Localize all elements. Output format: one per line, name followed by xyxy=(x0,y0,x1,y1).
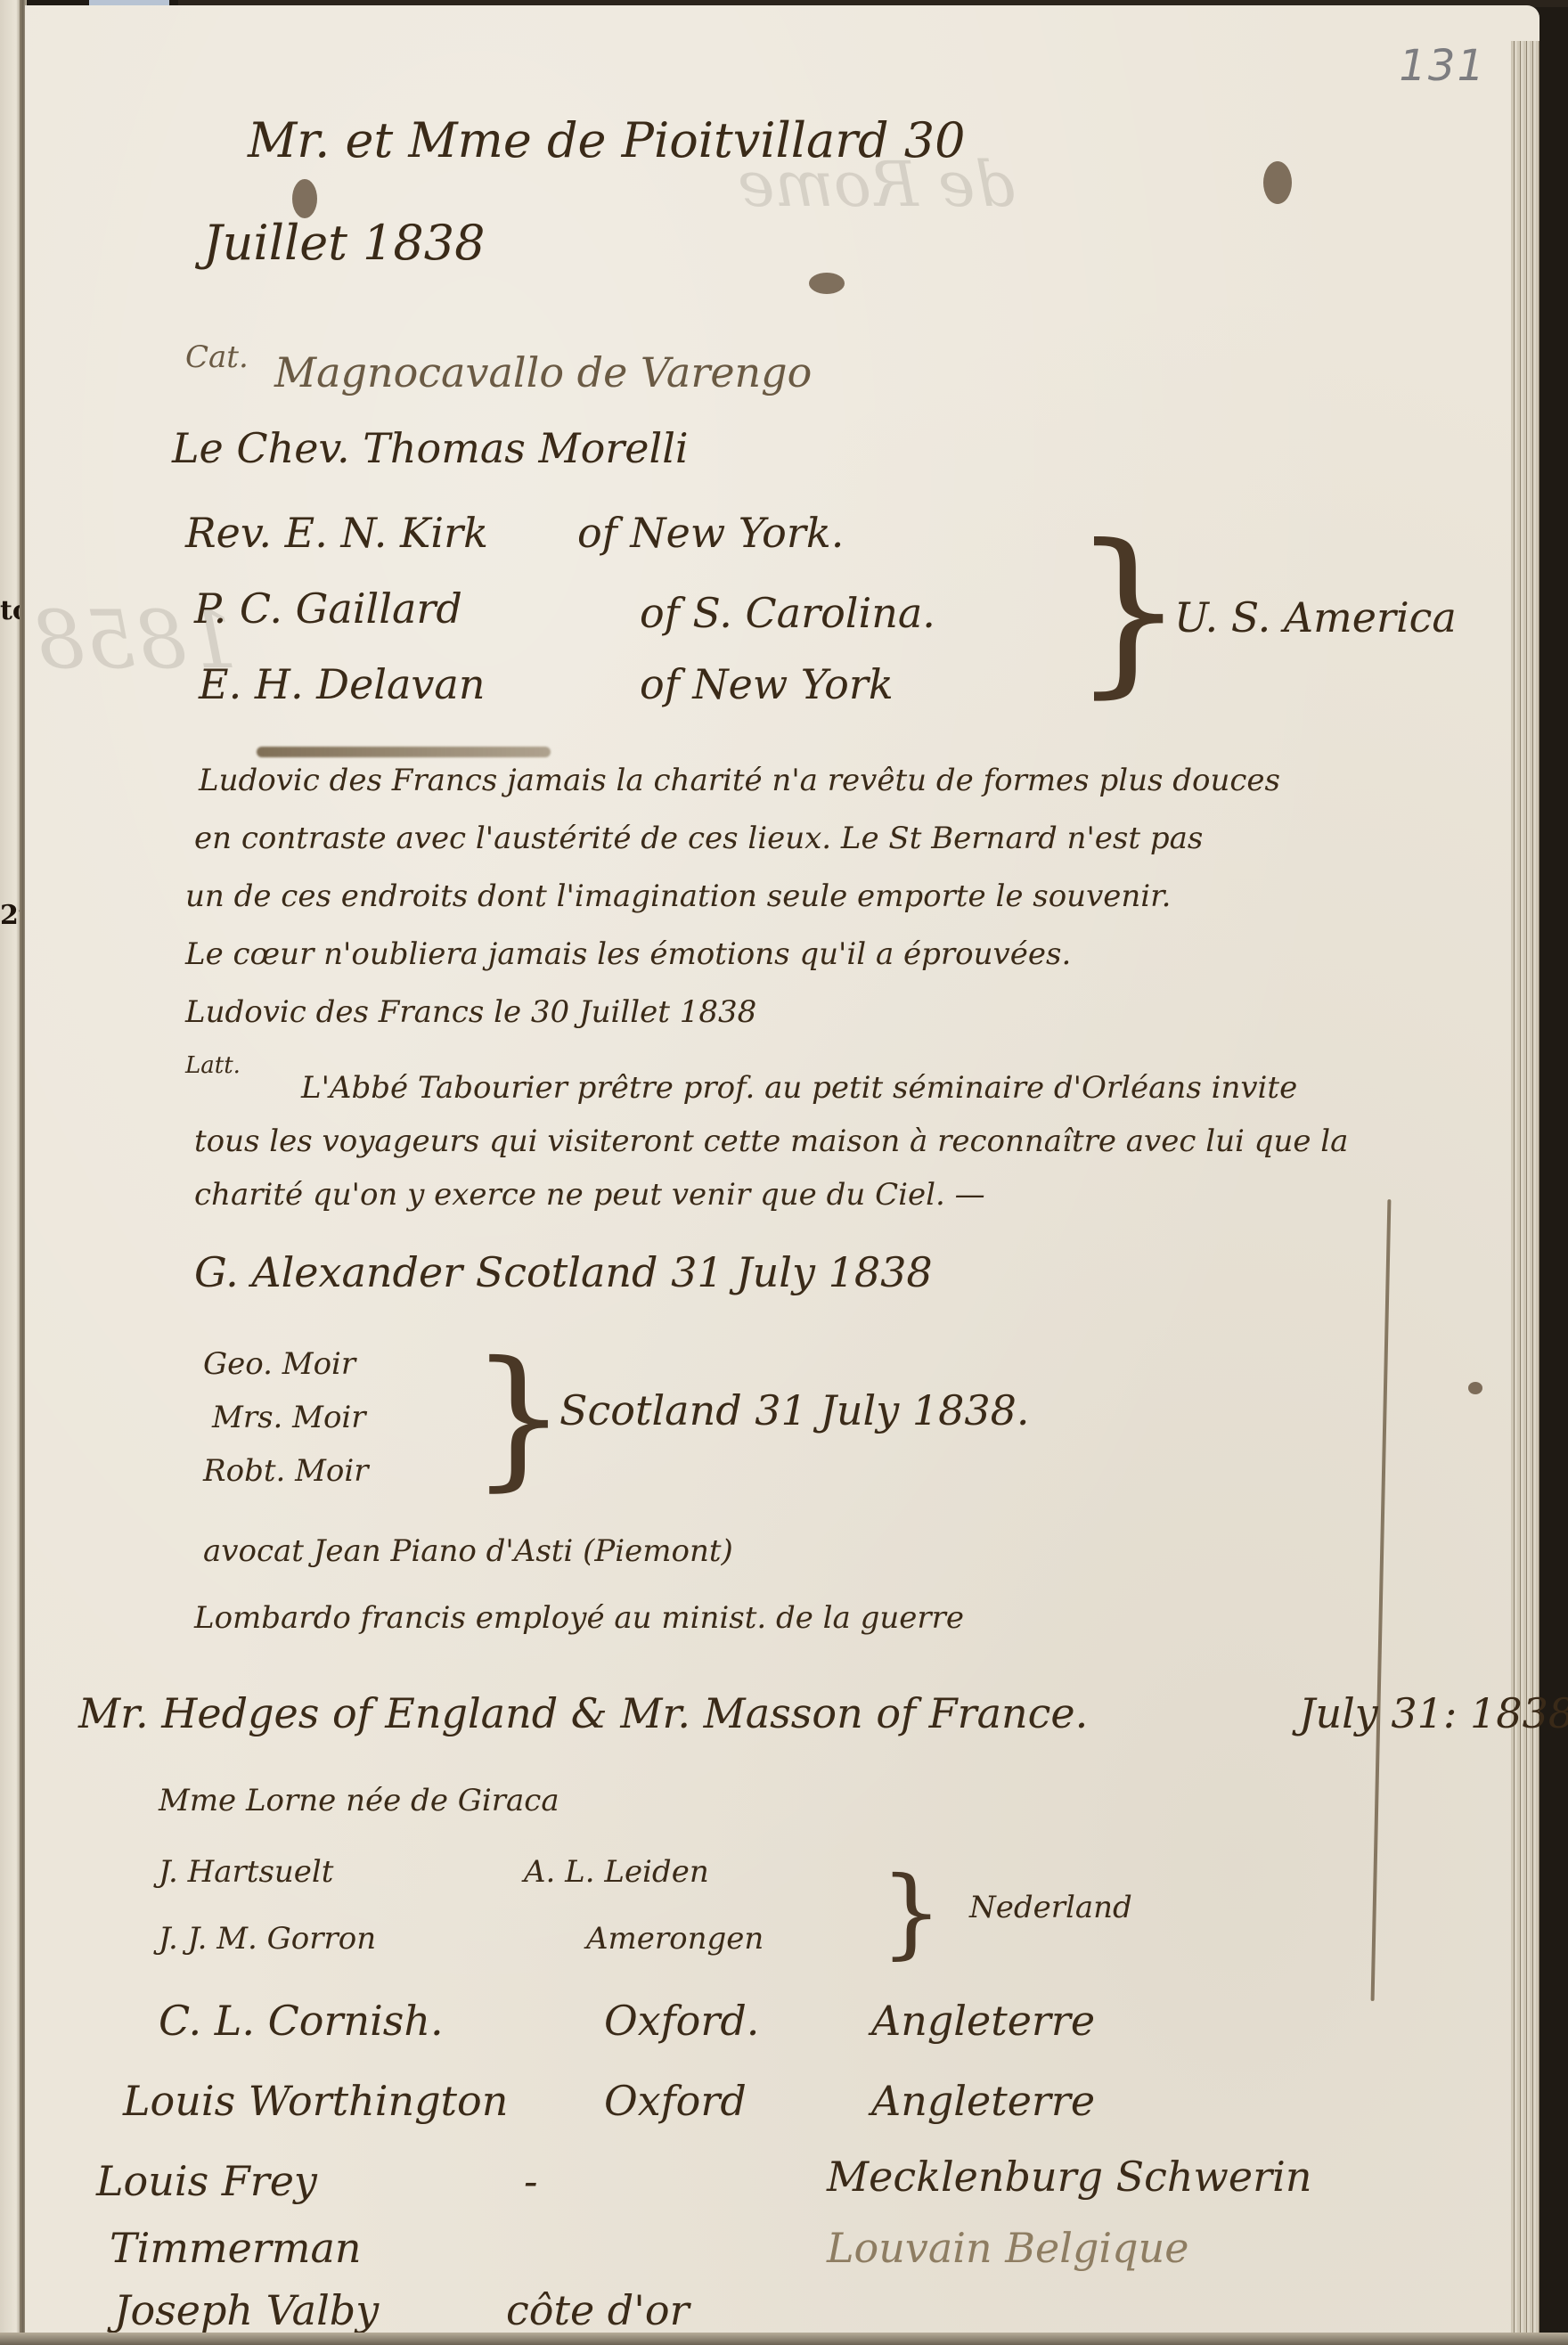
entry-line: Mme Lorne née de Giraca xyxy=(159,1783,559,1818)
entry-name: Rev. E. N. Kirk xyxy=(185,509,488,557)
paragraph-signature: Ludovic des Francs le 30 Juillet 1838 xyxy=(185,994,756,1030)
paragraph-line: en contraste avec l'austérité de ces lie… xyxy=(194,821,1203,856)
entry-name: E. H. Delavan xyxy=(199,660,485,708)
ink-blot xyxy=(809,273,845,294)
entry-name: J. Hartsuelt xyxy=(159,1854,333,1890)
heading-line-2: Juillet 1838 xyxy=(203,215,486,271)
ink-dot xyxy=(1468,1382,1482,1394)
entry-place: Amerongen xyxy=(586,1921,764,1957)
ink-blot xyxy=(1263,161,1292,204)
ink-smear xyxy=(257,747,551,757)
ink-blot xyxy=(292,179,317,218)
group-label: U. S. America xyxy=(1174,593,1457,641)
paragraph-line: un de ces endroits dont l'imagination se… xyxy=(185,878,1172,914)
book-bottom-edge xyxy=(0,2333,1568,2345)
entry-place: Louvain Belgique xyxy=(827,2224,1188,2272)
entry-name: Joseph Valby xyxy=(114,2286,379,2334)
folio-number: 131 xyxy=(1399,41,1486,91)
entry-place: Oxford. xyxy=(604,1997,759,2045)
entry-place: Oxford xyxy=(604,2077,747,2125)
grouping-brace: } xyxy=(880,1863,943,1961)
page-stack-edges xyxy=(1511,41,1539,2345)
entry-prefix: Cat. xyxy=(185,339,249,375)
entry-name: C. L. Cornish. xyxy=(159,1997,444,2045)
entry-place-date: Scotland 31 July 1838. xyxy=(559,1386,1030,1434)
entry-country: Angleterre xyxy=(871,2077,1095,2125)
entry-name: Le Chev. Thomas Morelli xyxy=(172,424,689,472)
margin-tag: Latt. xyxy=(185,1052,241,1079)
entry-origin: of S. Carolina. xyxy=(640,589,935,637)
paragraph-line: Ludovic des Francs jamais la charité n'a… xyxy=(199,763,1280,798)
entry-name: Mrs. Moir xyxy=(212,1400,366,1435)
entry-line: avocat Jean Piano d'Asti (Piemont) xyxy=(203,1533,733,1569)
heading-line-1: Mr. et Mme de Pioitvillard 30 xyxy=(248,112,966,168)
entry-origin: of New York. xyxy=(577,509,844,557)
entry-name: Robt. Moir xyxy=(203,1453,369,1489)
entry-country: Angleterre xyxy=(871,1997,1095,2045)
entry-name: Louis Worthington xyxy=(123,2077,508,2125)
entry-name: P. C. Gaillard xyxy=(194,584,462,633)
entry-name: Timmerman xyxy=(110,2224,362,2272)
paragraph-line: tous les voyageurs qui visiteront cette … xyxy=(194,1123,1348,1159)
grouping-brace: } xyxy=(1072,522,1185,700)
entry-name: J. J. M. Gorron xyxy=(159,1921,376,1957)
paragraph-line: charité qu'on y exerce ne peut venir que… xyxy=(194,1177,985,1213)
group-label: Nederland xyxy=(969,1890,1132,1925)
entry-place: Mecklenburg Schwerin xyxy=(827,2153,1311,2201)
entry-origin: of New York xyxy=(640,660,894,708)
entry-dash: - xyxy=(524,2157,538,2205)
entry-place: A. L. Leiden xyxy=(524,1854,709,1890)
grouping-brace: } xyxy=(470,1342,567,1493)
entry-line: Mr. Hedges of England & Mr. Masson of Fr… xyxy=(78,1689,1088,1737)
manuscript-page: 1858 de Rome 131 Mr. et Mme de Pioitvill… xyxy=(25,5,1539,2336)
margin-rule xyxy=(1371,1199,1392,2001)
entry-name: Louis Frey xyxy=(96,2157,317,2205)
entry-line: Lombardo francis employé au minist. de l… xyxy=(194,1600,964,1636)
entry-name: Geo. Moir xyxy=(203,1346,355,1382)
entry-name: Magnocavallo de Varengo xyxy=(274,348,812,396)
entry-date: July 31: 1838. xyxy=(1299,1689,1568,1737)
paragraph-line: L'Abbé Tabourier prêtre prof. au petit s… xyxy=(301,1070,1297,1106)
entry-place: côte d'or xyxy=(506,2286,690,2334)
paragraph-line: Le cœur n'oubliera jamais les émotions q… xyxy=(185,936,1071,972)
entry-line: G. Alexander Scotland 31 July 1838 xyxy=(194,1248,933,1296)
